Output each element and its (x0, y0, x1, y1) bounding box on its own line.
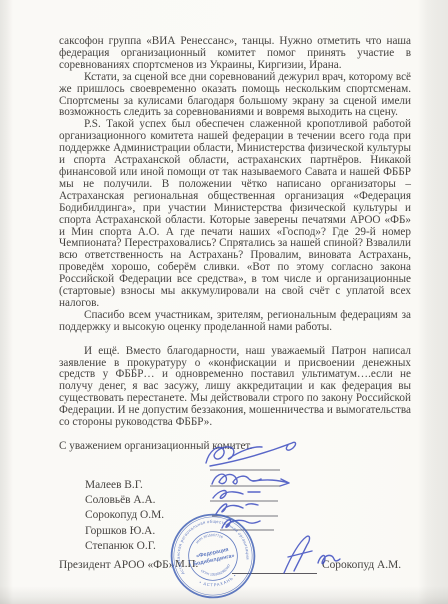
svg-text:Астраханская региональная обще: Астраханская региональная общественная о… (169, 512, 252, 576)
paragraph-doctor: Кстати, за сценой все дни соревнований д… (59, 72, 411, 120)
paragraph-prosecutor: И ещё. Вместо благодарности, наш уважаем… (59, 346, 411, 429)
paragraph-ps: P.S. Такой успех был обеспечен слаженной… (59, 119, 411, 310)
president-signature (280, 531, 360, 579)
stamp-outer-text: Астраханская региональная общественная о… (169, 512, 252, 576)
paragraph-thanks: Спасибо всем участникам, зрителям, регио… (59, 310, 411, 334)
organization-stamp: Астраханская региональная общественная о… (160, 503, 267, 604)
scanned-letter-page: саксофон группа «ВИА Ренессанс», танцы. … (0, 0, 448, 604)
president-title: Президент АРОО «ФБ» (59, 559, 174, 571)
paragraph-continuation: саксофон группа «ВИА Ренессанс», танцы. … (59, 36, 411, 72)
